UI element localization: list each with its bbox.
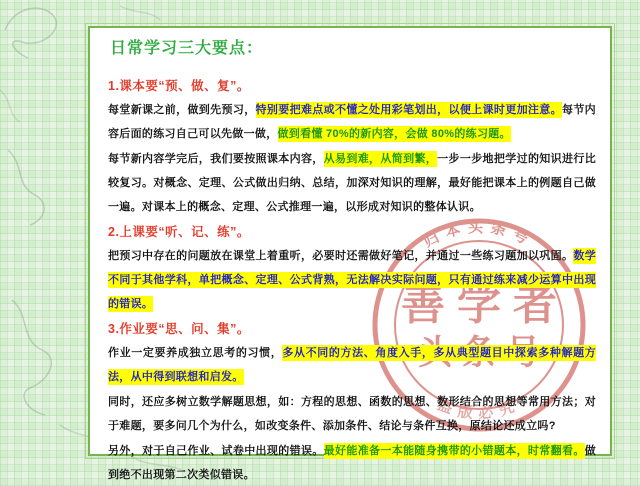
section-1-heading: 1.课本要“预、做、复”。 <box>108 74 596 98</box>
highlighted-text-run: 最好能准备一本能随身携带的小错题本，时常翻看。 <box>324 443 585 459</box>
section-3-paragraph-1: 作业一定要养成独立思考的习惯，多从不同的方法、角度入手，多从典型题目中探索多种解… <box>108 341 596 389</box>
text-run: 另外，对于自己作业、试卷中出现的错误。 <box>108 445 324 457</box>
text-run: 同时，还应多树立数学解题思想，如：方程的思想、函数的思想、数形结合的思想等常用方… <box>108 396 596 432</box>
section-1-paragraph-2: 每节新内容学完后，我们要按照课本内容，从易到难，从简到繁，一步一步地把学过的知识… <box>108 147 596 219</box>
section-3-heading: 3.作业要“思、问、集”。 <box>108 317 596 341</box>
document-content: 日常学习三大要点： 1.课本要“预、做、复”。每堂新课之前，做到先预习，特别要把… <box>106 38 596 486</box>
highlighted-text-run: 从易到难，从简到繁， <box>324 151 438 167</box>
section-2-paragraph-1: 把预习中存在的问题放在课堂上着重听，必要时还需做好笔记，并通过一些练习题加以巩固… <box>108 244 596 316</box>
text-run: 每堂新课之前，做到先预习， <box>108 104 256 116</box>
text-run: 把预习中存在的问题放在课堂上着重听，必要时还需做好笔记，并通过一些练习题加以巩固… <box>108 250 573 262</box>
page-title: 日常学习三大要点： <box>110 38 596 60</box>
section-1-paragraph-1: 每堂新课之前，做到先预习，特别要把难点或不懂之处用彩笔划出，以便上课时更加注意。… <box>108 98 596 146</box>
content-card: 归本头条号 盗版必究 善学者 头条号 日常学习三大要点： 1.课本要“预、做、复… <box>88 26 612 456</box>
text-run: 每节新内容学完后，我们要按照课本内容， <box>108 153 324 165</box>
gingham-background: 归本头条号 盗版必究 善学者 头条号 日常学习三大要点： 1.课本要“预、做、复… <box>0 0 640 486</box>
section-3-paragraph-3: 另外，对于自己作业、试卷中出现的错误。最好能准备一本能随身携带的小错题本，时常翻… <box>108 439 596 486</box>
highlighted-text-run: 特别要把难点或不懂之处用彩笔划出，以便上课时更加注意。 <box>256 102 562 118</box>
section-3-paragraph-2: 同时，还应多树立数学解题思想，如：方程的思想、函数的思想、数形结合的思想等常用方… <box>108 390 596 438</box>
text-run: 作业一定要养成独立思考的习惯， <box>108 347 282 359</box>
sections-container: 1.课本要“预、做、复”。每堂新课之前，做到先预习，特别要把难点或不懂之处用彩笔… <box>106 74 596 486</box>
section-2-heading: 2.上课要“听、记、练”。 <box>108 220 596 244</box>
highlighted-text-run: 做到看懂 70%的新内容，会做 80%的练习题。 <box>278 126 511 142</box>
